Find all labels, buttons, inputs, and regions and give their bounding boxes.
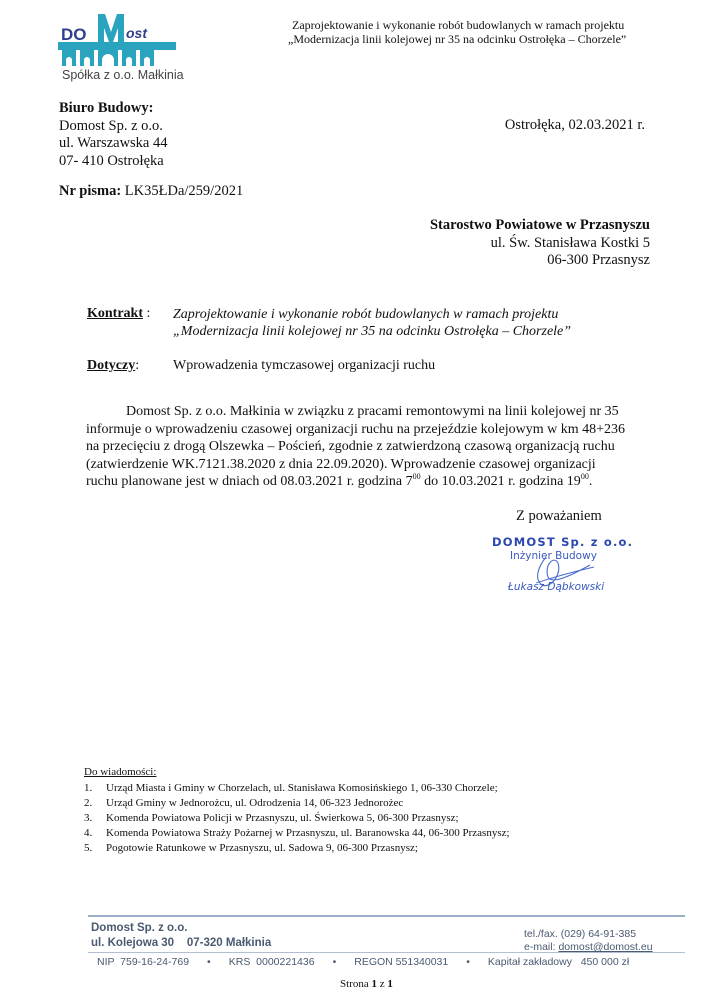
- bullet-icon: •: [448, 956, 488, 968]
- place-date: Ostrołęka, 02.03.2021 r.: [505, 117, 645, 134]
- subject-label-group: Dotyczy:: [87, 358, 139, 374]
- body-line: informuje o wprowadzeniu czasowej organi…: [86, 421, 666, 439]
- list-item: 5.Pogotowie Ratunkowe w Przasnyszu, ul. …: [84, 841, 510, 856]
- svg-text:DO: DO: [61, 25, 87, 44]
- recipient-block: Starostwo Powiatowe w Przasnyszu ul. Św.…: [430, 217, 650, 270]
- page-label: Strona: [340, 978, 369, 990]
- page-of: z: [380, 978, 385, 990]
- reference-number: Nr pisma: LK35ŁDa/259/2021: [59, 183, 243, 200]
- bullet-icon: •: [315, 956, 355, 968]
- body-line: na przecięciu z drogą Olszewka – Poścień…: [86, 438, 666, 456]
- footer-company: Domost Sp. z o.o. ul. Kolejowa 30 07-320…: [91, 921, 271, 951]
- list-item-text: Komenda Powiatowa Straży Pożarnej w Prza…: [106, 826, 510, 841]
- footer-address: ul. Kolejowa 30 07-320 Małkinia: [91, 936, 271, 951]
- distribution-list: 1.Urząd Miasta i Gminy w Chorzelach, ul.…: [84, 781, 510, 856]
- list-item: 1.Urząd Miasta i Gminy w Chorzelach, ul.…: [84, 781, 510, 796]
- bridge-logo-icon: DO ost: [58, 12, 178, 70]
- svg-text:ost: ost: [126, 25, 148, 41]
- footer-capital: Kapitał zakładowy 450 000 zł: [488, 956, 629, 968]
- schedule-end-minutes: 00: [581, 472, 589, 481]
- body-line-schedule: ruchu planowane jest w dniach od 08.03.2…: [86, 473, 666, 491]
- subject-label: Dotyczy: [87, 358, 135, 373]
- footer-divider-2: [88, 952, 685, 953]
- list-item-number: 1.: [84, 781, 106, 796]
- list-item-number: 2.: [84, 796, 106, 811]
- page-current: 1: [371, 978, 377, 990]
- reference-label: Nr pisma:: [59, 183, 121, 199]
- footer-company-name: Domost Sp. z o.o.: [91, 921, 271, 936]
- distribution-title: Do wiadomości:: [84, 766, 156, 778]
- footer-contact: tel./fax. (029) 64-91-385 e-mail: domost…: [524, 928, 653, 954]
- list-item-number: 3.: [84, 811, 106, 826]
- stamp-name: Łukasz Dąbkowski: [508, 581, 604, 593]
- footer-phone: tel./fax. (029) 64-91-385: [524, 928, 653, 941]
- list-item: 3.Komenda Powiatowa Policji w Przasnyszu…: [84, 811, 510, 826]
- subject-value: Wprowadzenia tymczasowej organizacji ruc…: [173, 358, 435, 374]
- contract-line2: „Modernizacja linii kolejowej nr 35 na o…: [173, 323, 571, 340]
- list-item-number: 5.: [84, 841, 106, 856]
- sender-line: Domost Sp. z o.o.: [59, 118, 168, 136]
- sender-title: Biuro Budowy:: [59, 100, 168, 118]
- list-item-number: 4.: [84, 826, 106, 841]
- header-project: Zaprojektowanie i wykonanie robót budowl…: [288, 18, 626, 46]
- list-item-text: Urząd Gminy w Jednorożcu, ul. Odrodzenia…: [106, 796, 403, 811]
- recipient-line: ul. Św. Stanisława Kostki 5: [430, 235, 650, 253]
- reference-value: LK35ŁDa/259/2021: [125, 183, 243, 199]
- header-project-line1: Zaprojektowanie i wykonanie robót budowl…: [288, 18, 626, 32]
- contract-line1: Zaprojektowanie i wykonanie robót budowl…: [173, 306, 571, 323]
- bullet-icon: •: [189, 956, 229, 968]
- body-line: (zatwierdzenie WK.7121.38.2020 z dnia 22…: [86, 456, 666, 474]
- subject-sep: :: [135, 358, 139, 373]
- closing: Z poważaniem: [516, 508, 602, 525]
- contract-label-group: Kontrakt :: [87, 306, 150, 322]
- schedule-end: do 10.03.2021 r. godzina 19: [421, 474, 581, 489]
- schedule-start-minutes: 00: [413, 472, 421, 481]
- footer-krs: KRS 0000221436: [229, 956, 315, 968]
- recipient-name: Starostwo Powiatowe w Przasnyszu: [430, 217, 650, 235]
- body-paragraph: Domost Sp. z o.o. Małkinia w związku z p…: [86, 403, 666, 491]
- stamp-company: DOMOST Sp. z o.o.: [492, 535, 633, 549]
- list-item-text: Komenda Powiatowa Policji w Przasnyszu, …: [106, 811, 459, 826]
- list-item: 2.Urząd Gminy w Jednorożcu, ul. Odrodzen…: [84, 796, 510, 811]
- contract-label: Kontrakt: [87, 306, 143, 321]
- list-item: 4.Komenda Powiatowa Straży Pożarnej w Pr…: [84, 826, 510, 841]
- company-stamp: DOMOST Sp. z o.o. Inżynier Budowy Łukasz…: [488, 533, 638, 608]
- contract-sep: :: [143, 306, 150, 321]
- footer-registration: NIP 759-16-24-769 • KRS 0000221436 • REG…: [97, 956, 629, 968]
- sender-line: 07- 410 Ostrołęka: [59, 153, 168, 171]
- logo-subtitle: Spółka z o.o. Małkinia: [62, 68, 184, 82]
- page-number: Strona 1 z 1: [340, 978, 393, 990]
- schedule-period: .: [589, 474, 593, 489]
- footer-divider: [88, 915, 685, 917]
- list-item-text: Urząd Miasta i Gminy w Chorzelach, ul. S…: [106, 781, 498, 796]
- body-line: Domost Sp. z o.o. Małkinia w związku z p…: [86, 403, 666, 421]
- page-total: 1: [387, 978, 393, 990]
- recipient-line: 06-300 Przasnysz: [430, 252, 650, 270]
- list-item-text: Pogotowie Ratunkowe w Przasnyszu, ul. Sa…: [106, 841, 418, 856]
- sender-block: Biuro Budowy: Domost Sp. z o.o. ul. Wars…: [59, 100, 168, 170]
- contract-value: Zaprojektowanie i wykonanie robót budowl…: [173, 306, 571, 340]
- footer-regon: REGON 551340031: [354, 956, 448, 968]
- footer-nip: NIP 759-16-24-769: [97, 956, 189, 968]
- sender-line: ul. Warszawska 44: [59, 135, 168, 153]
- schedule-start: ruchu planowane jest w dniach od 08.03.2…: [86, 474, 413, 489]
- header-project-line2: „Modernizacja linii kolejowej nr 35 na o…: [288, 32, 626, 46]
